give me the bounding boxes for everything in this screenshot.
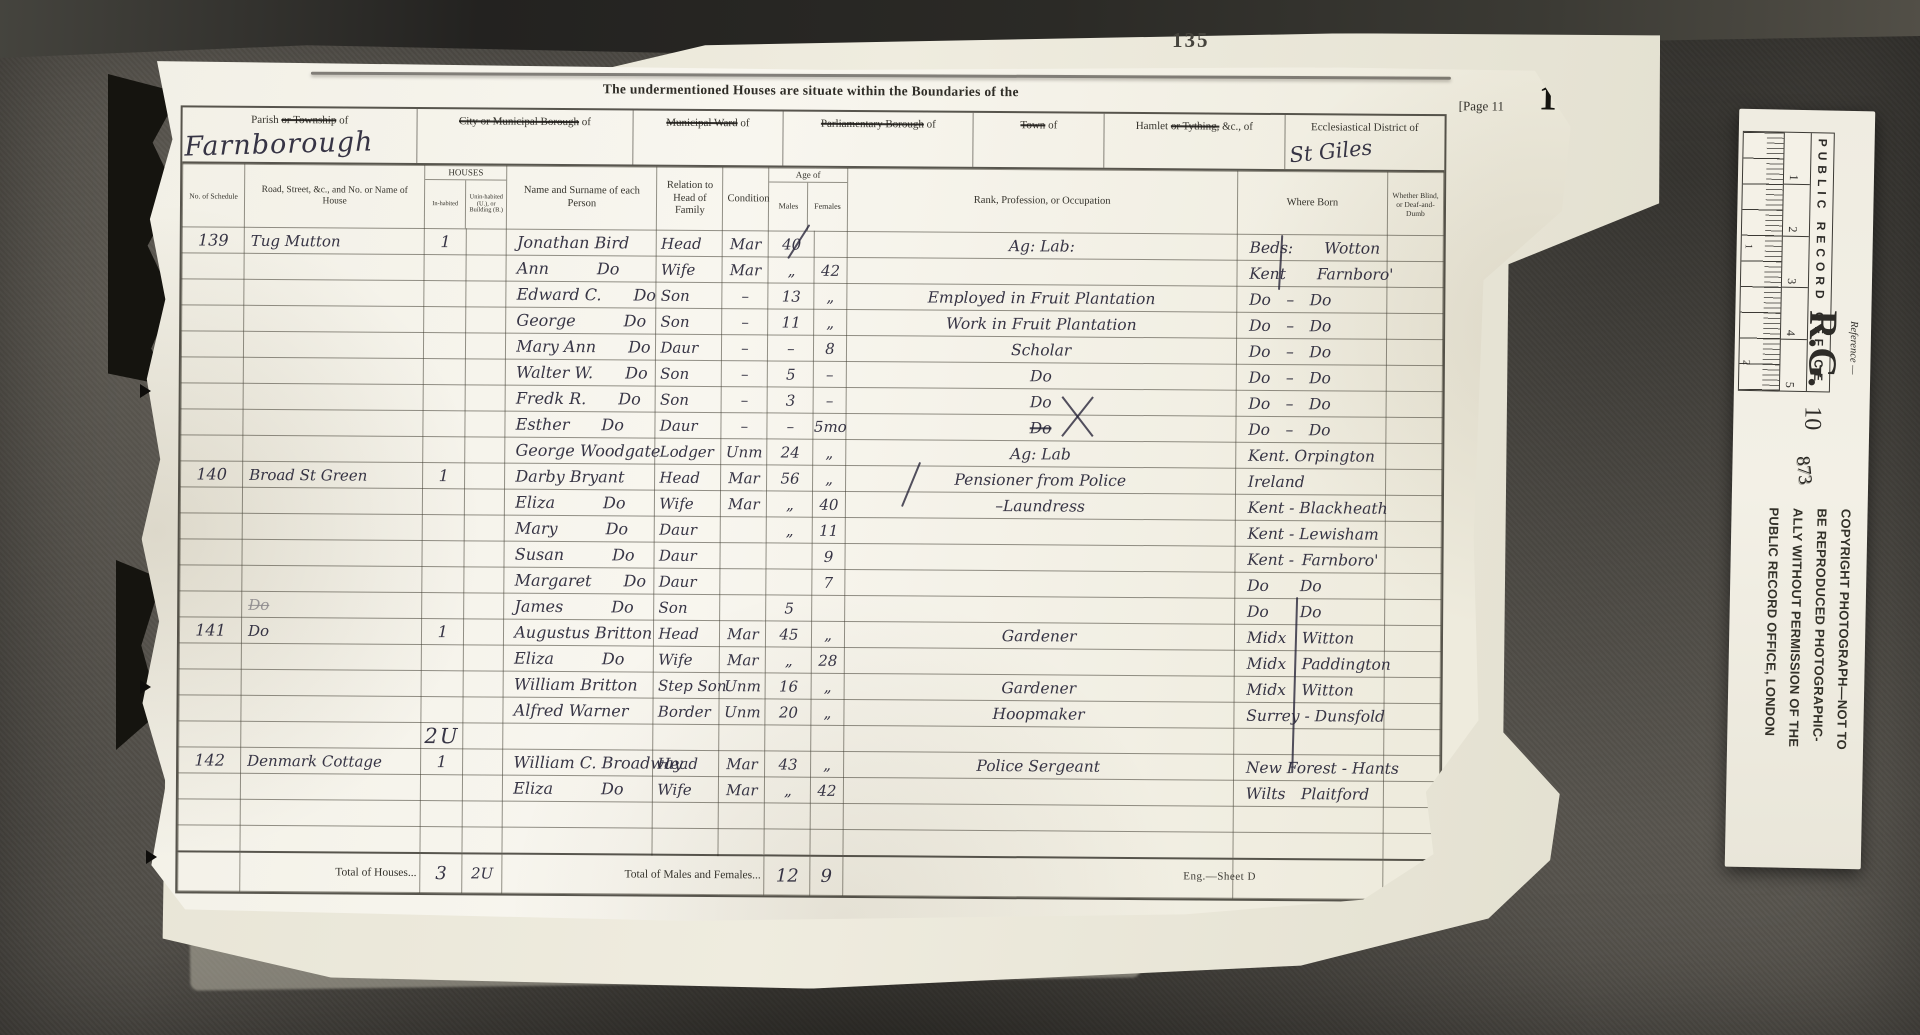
photographed-census-page: 135 The undermentioned Houses are situat… <box>0 0 1920 1035</box>
ink-cross-mark <box>1048 393 1108 439</box>
cell-relation: Son <box>654 594 720 620</box>
totals-row: Total of Houses... 3 2U Total of Males a… <box>178 851 1439 899</box>
cell-condition: Mar <box>721 465 767 491</box>
cell-age-female: 5mo <box>813 413 845 439</box>
page-number-label: [Page 11 <box>1459 98 1504 114</box>
cell-name: Eliza Do <box>503 645 653 672</box>
cell-born: Do – Do <box>1236 338 1386 365</box>
cell-infirmity <box>1386 313 1442 339</box>
cell-schedule <box>181 357 243 383</box>
registration-mark <box>146 850 157 864</box>
cell-name: Jonathan Bird <box>506 229 656 256</box>
public-record-office-strip: PUBLIC RECORD OFFICE 1 2 3 4 5 1 2 Refer… <box>1725 109 1876 869</box>
col-relation: Relation to Head of Family <box>657 167 723 230</box>
cell-inhabited: 2U <box>421 723 463 749</box>
cell-infirmity <box>1387 261 1443 287</box>
item-number: 873 <box>1791 455 1816 486</box>
cell-age-male: 43 <box>765 751 811 777</box>
cell-age-male <box>765 803 811 829</box>
cell-empty <box>842 856 1233 898</box>
cell-age-male: 3 <box>767 387 813 413</box>
cell-relation: Son <box>656 360 722 386</box>
series-code: R.G. <box>1799 310 1847 387</box>
cell-occupation <box>843 725 1233 754</box>
cell-road <box>242 487 422 514</box>
cell-condition: Mar <box>722 257 768 283</box>
cell-road <box>240 799 420 826</box>
cell-road <box>244 253 424 280</box>
cell-relation <box>653 802 719 828</box>
cell-relation: Daur <box>654 568 720 594</box>
cell-schedule <box>180 487 242 513</box>
cell-occupation: Hoopmaker <box>843 699 1233 728</box>
total-persons-label: Total of Males and Females... <box>502 854 764 895</box>
cell-age-female: 42 <box>814 257 846 283</box>
cell-inhabited <box>420 827 462 854</box>
cell-age-female <box>811 725 843 751</box>
cell-age-female: „ <box>812 621 844 647</box>
cell-relation: Daur <box>656 334 722 360</box>
cell-condition: – <box>721 413 767 439</box>
col-inhabited: In-habited <box>425 180 465 228</box>
location-fields: Parish or Township of Farnborough City o… <box>182 107 1444 172</box>
cell-name: Mary Ann Do <box>506 333 656 360</box>
cell-name: William C. Broadway <box>503 749 653 776</box>
cell-condition: – <box>722 309 768 335</box>
cell-inhabited <box>423 411 465 437</box>
cell-schedule <box>179 669 241 695</box>
cell-inhabited: 1 <box>424 229 466 255</box>
cell-road <box>241 721 421 748</box>
cell-condition <box>720 543 766 569</box>
cell-road <box>243 331 423 358</box>
reference-label: Reference — <box>1847 321 1859 375</box>
cell-age-male: „ <box>768 257 814 283</box>
cell-name: Fredk R. Do <box>505 385 655 412</box>
cell-age-female: – <box>814 387 846 413</box>
cell-infirmity <box>1384 729 1440 755</box>
cell-inhabited <box>423 437 465 463</box>
cell-occupation <box>845 517 1235 546</box>
cell-uninhabited <box>465 489 505 515</box>
census-document: The undermentioned Houses are situate wi… <box>125 59 1571 927</box>
cell-inhabited <box>420 801 462 827</box>
cell-road <box>244 305 424 332</box>
cell-infirmity <box>1386 443 1442 469</box>
cell-schedule <box>179 643 241 669</box>
cell-age-male: 56 <box>767 465 813 491</box>
cell-born: Kent - Farnboro' <box>1235 546 1385 573</box>
cell-road <box>243 435 423 462</box>
cell-road: Denmark Cottage <box>241 747 421 774</box>
cell-infirmity <box>1386 339 1442 365</box>
cell-relation: Lodger <box>655 438 721 464</box>
cell-name: James Do <box>504 593 654 620</box>
col-houses: HOUSES In-habited Unin-habited (U.), or … <box>425 166 508 230</box>
cell-schedule <box>178 825 240 852</box>
cell-age-female: „ <box>814 309 846 335</box>
cell-uninhabited <box>466 255 506 281</box>
cell-uninhabited <box>463 671 503 697</box>
cell-occupation: Gardener <box>844 621 1234 650</box>
cell-infirmity <box>1386 417 1442 443</box>
cell-inhabited <box>421 671 463 697</box>
cell-name: Walter W. Do <box>505 359 655 386</box>
field-ecclesiastical-district: Ecclesiastical District of St Giles <box>1284 115 1445 170</box>
cell-infirmity <box>1384 703 1440 729</box>
piece-number: 10 <box>1798 406 1825 431</box>
cell-born: Do – Do <box>1236 312 1386 339</box>
cell-relation: Head <box>657 230 723 256</box>
cell-inhabited <box>421 645 463 671</box>
field-hamlet: Hamlet or Tything, &c., of <box>1103 114 1284 169</box>
cell-relation: Wife <box>654 646 720 672</box>
cell-occupation: Employed in Fruit Plantation <box>846 283 1236 312</box>
cell-born: Wilts Plaitford <box>1233 780 1383 807</box>
cell-schedule <box>182 305 244 331</box>
cell-condition: Mar <box>719 777 765 803</box>
cell-age-female: „ <box>812 673 844 699</box>
cell-name: Mary Do <box>504 515 654 542</box>
col-age: Age of Males Females <box>769 168 848 232</box>
cell-condition <box>718 829 764 856</box>
cell-occupation: Do <box>846 387 1236 416</box>
cell-empty <box>178 851 240 891</box>
houses-group-label: HOUSES <box>425 166 506 180</box>
field-town: Town of <box>973 113 1104 168</box>
cell-age-female: 42 <box>811 777 843 803</box>
cell-uninhabited <box>463 723 503 749</box>
cell-infirmity <box>1387 287 1443 313</box>
cell-schedule <box>180 539 242 565</box>
cell-infirmity <box>1385 573 1441 599</box>
cell-occupation: Do <box>846 361 1236 390</box>
cell-age-female: – <box>814 361 846 387</box>
column-header-row: No. of Schedule Road, Street, &c., and N… <box>182 164 1443 236</box>
cell-relation: Daur <box>655 412 721 438</box>
registration-mark <box>140 680 151 694</box>
cell-occupation <box>844 647 1234 676</box>
cell-age-female: 11 <box>813 517 845 543</box>
cell-age-male: „ <box>765 777 811 803</box>
cell-age-male <box>765 725 811 751</box>
cell-occupation <box>844 543 1234 572</box>
col-infirmity: Whether Blind, or Deaf-and-Dumb <box>1387 172 1444 235</box>
cell-condition <box>720 595 766 621</box>
cell-born: Do Do <box>1234 598 1384 625</box>
census-table: Parish or Township of Farnborough City o… <box>175 105 1446 902</box>
cell-inhabited <box>421 775 463 801</box>
cell-condition <box>720 569 766 595</box>
col-males: Males <box>769 182 807 230</box>
cell-road <box>242 513 422 540</box>
cell-road <box>240 773 420 800</box>
cell-name: George Woodgate <box>505 437 655 464</box>
cell-occupation: Scholar <box>846 335 1236 364</box>
cell-infirmity <box>1385 495 1441 521</box>
cell-uninhabited <box>462 801 502 827</box>
cell-road: Broad St Green <box>243 461 423 488</box>
cell-condition <box>719 725 765 751</box>
col-schedule: No. of Schedule <box>182 164 244 227</box>
cell-age-male: 5 <box>766 595 812 621</box>
cell-age-female: 8 <box>814 335 846 361</box>
cell-condition: Mar <box>720 647 766 673</box>
cell-name: Alfred Warner <box>503 697 653 724</box>
col-females: Females <box>807 183 846 231</box>
cell-occupation: Work in Fruit Plantation <box>846 309 1236 338</box>
paper-crease <box>311 72 1451 80</box>
cell-schedule <box>179 695 241 721</box>
cell-inhabited <box>422 515 464 541</box>
cell-relation: Wife <box>655 490 721 516</box>
cell-schedule <box>181 409 243 435</box>
cell-uninhabited <box>464 567 504 593</box>
cell-inhabited <box>424 333 466 359</box>
cell-road: Do <box>242 591 422 618</box>
cell-schedule <box>182 253 244 279</box>
cell-relation: Daur <box>654 542 720 568</box>
cell-uninhabited <box>465 411 505 437</box>
cell-condition: Mar <box>719 751 765 777</box>
cell-name: Susan Do <box>504 541 654 568</box>
cell-uninhabited <box>463 645 503 671</box>
cell-schedule <box>181 435 243 461</box>
cell-infirmity <box>1385 469 1441 495</box>
cell-road <box>241 669 421 696</box>
cell-age-female: „ <box>811 751 843 777</box>
cell-born: Kent - Lewisham <box>1235 520 1385 547</box>
cell-schedule <box>180 513 242 539</box>
cell-road <box>243 383 423 410</box>
cell-name: Edward C. Do <box>506 281 656 308</box>
cell-schedule: 139 <box>182 227 244 253</box>
cell-uninhabited <box>465 437 505 463</box>
cell-born: Ireland <box>1235 468 1385 495</box>
cell-infirmity <box>1386 365 1442 391</box>
cell-born: Midx Paddington <box>1234 650 1384 677</box>
cell-inhabited <box>424 255 466 281</box>
cell-schedule <box>180 591 242 617</box>
cell-born <box>1233 832 1383 860</box>
cell-age-female: 28 <box>812 647 844 673</box>
underlying-page-number: 135 <box>1172 28 1210 53</box>
cell-uninhabited <box>462 827 502 854</box>
cell-inhabited <box>424 281 466 307</box>
col-occupation: Rank, Profession, or Occupation <box>847 168 1238 234</box>
cell-uninhabited <box>465 385 505 411</box>
cell-born: Do – Do <box>1237 286 1387 313</box>
cell-condition: Mar <box>723 231 769 257</box>
cell-name <box>502 801 652 828</box>
cell-name: Eliza Do <box>505 489 655 516</box>
cell-condition: Mar <box>720 621 766 647</box>
total-males: 12 <box>764 855 810 895</box>
cell-schedule <box>178 773 240 799</box>
cell-born: Kent. Orpington <box>1235 442 1385 469</box>
cell-relation: Son <box>655 386 721 412</box>
cell-relation: Wife <box>653 776 719 802</box>
col-uninhabited: Unin-habited (U.), or Building (B.) <box>465 180 506 228</box>
cell-occupation <box>843 777 1233 806</box>
cell-infirmity <box>1384 599 1440 625</box>
cell-inhabited <box>423 385 465 411</box>
col-born: Where Born <box>1237 171 1388 235</box>
cell-age-female: „ <box>813 439 845 465</box>
cell-road <box>243 409 423 436</box>
cell-age-female: „ <box>813 465 845 491</box>
cell-occupation: Ag: Lab <box>845 439 1235 468</box>
cell-uninhabited <box>466 307 506 333</box>
cell-schedule: 140 <box>181 461 243 487</box>
cell-age-male <box>766 543 812 569</box>
cell-age-male: 16 <box>765 673 811 699</box>
total-houses-inhabited: 3 <box>420 853 462 893</box>
cell-relation: Step Son <box>653 672 719 698</box>
cell-inhabited <box>422 567 464 593</box>
cell-born: Midx Witton <box>1234 624 1384 651</box>
cell-relation: Border <box>653 698 719 724</box>
cell-occupation: Ag: Lab: <box>847 231 1237 260</box>
cell-age-male <box>766 569 812 595</box>
parish-value: Farnborough <box>184 125 374 164</box>
cell-age-male: 5 <box>768 361 814 387</box>
cell-relation: Wife <box>656 256 722 282</box>
cell-name: Augustus Britton <box>504 619 654 646</box>
cell-born: Do – Do <box>1236 416 1386 443</box>
cell-name: Eliza Do <box>503 775 653 802</box>
cell-inhabited <box>423 489 465 515</box>
cell-age-female <box>810 829 842 856</box>
cell-name: Ann Do <box>506 255 656 282</box>
cell-empty <box>1232 859 1382 900</box>
cell-condition: – <box>722 335 768 361</box>
cell-name: Esther Do <box>505 411 655 438</box>
total-houses-uninhabited: 2U <box>462 853 502 893</box>
cell-born <box>1233 806 1383 833</box>
cell-infirmity <box>1385 547 1441 573</box>
cell-uninhabited <box>465 359 505 385</box>
cell-age-male: 45 <box>766 621 812 647</box>
cell-name <box>502 827 652 855</box>
registration-mark <box>140 384 151 398</box>
cell-age-male: „ <box>767 491 813 517</box>
cell-condition: Mar <box>721 491 767 517</box>
cell-inhabited <box>424 307 466 333</box>
cell-born: New Forest - Hants <box>1233 754 1383 781</box>
cell-born: Do Do <box>1235 572 1385 599</box>
field-parish: Parish or Township of Farnborough <box>182 107 417 163</box>
cell-inhabited <box>421 697 463 723</box>
field-parliamentary-borough: Parliamentary Borough of <box>782 112 973 167</box>
cell-age-male: „ <box>766 647 812 673</box>
cell-uninhabited <box>466 229 506 255</box>
cell-uninhabited <box>465 463 505 489</box>
total-houses-label: Total of Houses... <box>240 852 420 893</box>
cell-schedule <box>179 721 241 747</box>
cell-road <box>244 279 424 306</box>
cell-name <box>503 723 653 750</box>
cell-relation <box>652 828 718 855</box>
cell-schedule <box>180 565 242 591</box>
col-name: Name and Surname of each Person <box>507 166 658 230</box>
cell-condition: – <box>721 387 767 413</box>
cell-condition <box>719 803 765 829</box>
cell-occupation <box>844 595 1234 624</box>
enumeration-grid: No. of Schedule Road, Street, &c., and N… <box>177 163 1444 900</box>
cell-occupation: Pensioner from Police <box>845 465 1235 494</box>
col-road: Road, Street, &c., and No. or Name of Ho… <box>244 164 425 228</box>
cell-born: Midx Witton <box>1234 676 1384 703</box>
cell-condition: – <box>722 283 768 309</box>
field-municipal-borough: City or Municipal Borough of <box>417 109 633 165</box>
cell-inhabited: 1 <box>422 619 464 645</box>
cell-inhabited <box>423 359 465 385</box>
cell-uninhabited <box>466 281 506 307</box>
cell-road: Tug Mutton <box>244 227 424 254</box>
cell-age-female: „ <box>814 283 846 309</box>
col-condition: Condition <box>723 168 769 231</box>
cell-infirmity <box>1385 521 1441 547</box>
cell-relation: Head <box>655 464 721 490</box>
cell-road: Do <box>241 617 421 644</box>
cell-infirmity <box>1384 677 1440 703</box>
cell-road <box>240 825 420 853</box>
cell-occupation: –Laundress <box>845 491 1235 520</box>
cell-relation <box>653 724 719 750</box>
cell-age-male: 24 <box>767 439 813 465</box>
cell-schedule: 141 <box>179 617 241 643</box>
field-municipal-ward: Municipal Ward of <box>632 110 783 165</box>
cell-uninhabited <box>463 749 503 775</box>
cell-occupation <box>842 829 1232 858</box>
cell-born: Do – Do <box>1236 390 1386 417</box>
cell-occupation <box>846 257 1236 286</box>
cell-age-male: 20 <box>765 699 811 725</box>
cell-occupation <box>844 569 1234 598</box>
cell-uninhabited <box>464 515 504 541</box>
cell-schedule <box>178 799 240 825</box>
cell-uninhabited <box>464 593 504 619</box>
cell-relation: Daur <box>655 516 721 542</box>
cell-road <box>241 695 421 722</box>
cell-age-male: – <box>768 335 814 361</box>
cell-infirmity <box>1384 625 1440 651</box>
cell-road <box>241 643 421 670</box>
cell-relation: Son <box>656 282 722 308</box>
cell-condition: Unm <box>721 439 767 465</box>
cell-condition: Unm <box>719 699 765 725</box>
cell-age-female <box>815 231 847 257</box>
cell-uninhabited <box>463 697 503 723</box>
cell-age-female <box>812 595 844 621</box>
cell-age-male: – <box>767 413 813 439</box>
cell-age-male <box>764 829 810 856</box>
cell-born: Surrey - Dunsfold <box>1234 702 1384 729</box>
cell-age-female: 9 <box>812 543 844 569</box>
cell-born: Kent - Blackheath <box>1235 494 1385 521</box>
cell-schedule <box>182 279 244 305</box>
cell-infirmity <box>1384 651 1440 677</box>
cell-inhabited <box>422 593 464 619</box>
cell-relation: Head <box>654 620 720 646</box>
cell-occupation <box>843 803 1233 832</box>
cell-age-male: „ <box>767 517 813 543</box>
cell-infirmity <box>1386 391 1442 417</box>
cell-born: Do – Do <box>1236 364 1386 391</box>
cell-occupation: Gardener <box>844 673 1234 702</box>
cell-age-female <box>811 803 843 829</box>
